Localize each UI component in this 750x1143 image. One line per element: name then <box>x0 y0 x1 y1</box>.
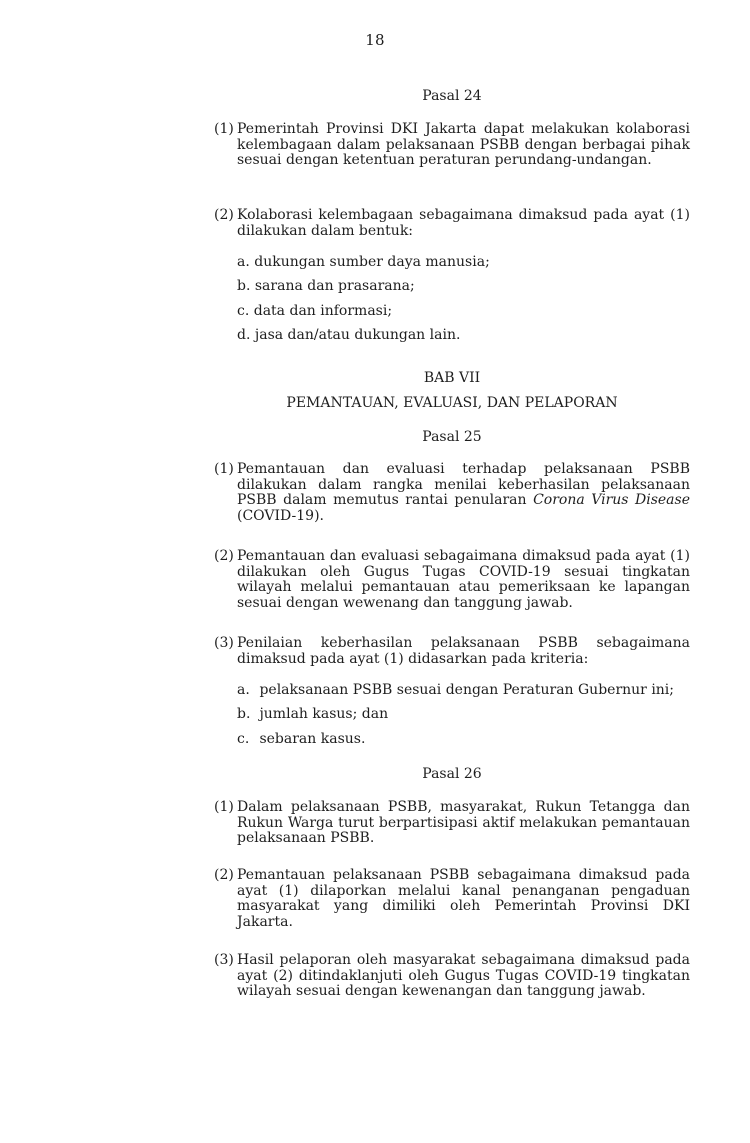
item-text: data dan informasi; <box>254 303 392 319</box>
pasal-24-item-b: b. sarana dan prasarana; <box>237 278 692 294</box>
ayat-number: (2) <box>214 549 234 565</box>
item-letter: b. <box>237 278 250 294</box>
page-number: 18 <box>0 31 750 49</box>
pasal-24-item-c: c. data dan informasi; <box>237 303 692 319</box>
ayat-number: (1) <box>214 462 234 478</box>
ayat-text: Pemantauan dan evaluasi sebagaimana dima… <box>237 549 690 611</box>
pasal-26-ayat-3: (3) Hasil pelaporan oleh masyarakat seba… <box>214 953 690 1000</box>
ayat-text: Pemerintah Provinsi DKI Jakarta dapat me… <box>237 122 690 169</box>
pasal-24-title: Pasal 24 <box>214 87 690 105</box>
pasal-24-ayat-1: (1) Pemerintah Provinsi DKI Jakarta dapa… <box>214 122 690 169</box>
ayat-number: (1) <box>214 800 234 816</box>
pasal-26-title: Pasal 26 <box>214 765 690 783</box>
pasal-25-item-c: c. sebaran kasus. <box>237 731 692 747</box>
pasal-24-item-d: d. jasa dan/atau dukungan lain. <box>237 327 692 343</box>
item-letter: c. <box>237 303 249 319</box>
pasal-25-item-b: b. jumlah kasus; dan <box>237 706 692 722</box>
bab-title: PEMANTAUAN, EVALUASI, DAN PELAPORAN <box>214 394 690 412</box>
ayat-number: (2) <box>214 868 234 884</box>
ayat-text: Kolaborasi kelembagaan sebagaimana dimak… <box>237 208 690 239</box>
pasal-26-ayat-1: (1) Dalam pelaksanaan PSBB, masyarakat, … <box>214 800 690 847</box>
pasal-25-ayat-1: (1) Pemantauan dan evaluasi terhadap pel… <box>214 462 690 524</box>
item-text: sebaran kasus. <box>259 731 365 747</box>
ayat-number: (3) <box>214 636 234 652</box>
pasal-25-title: Pasal 25 <box>214 428 690 446</box>
item-text: jumlah kasus; dan <box>259 706 388 722</box>
ayat-text: Hasil pelaporan oleh masyarakat sebagaim… <box>237 953 690 1000</box>
bab-number: BAB VII <box>214 369 690 387</box>
item-text: pelaksanaan PSBB sesuai dengan Peraturan… <box>259 682 674 698</box>
disease-name: Corona Virus Disease <box>533 492 690 508</box>
ayat-text: Pemantauan pelaksanaan PSBB sebagaimana … <box>237 868 690 930</box>
ayat-number: (3) <box>214 953 234 969</box>
pasal-26-ayat-2: (2) Pemantauan pelaksanaan PSBB sebagaim… <box>214 868 690 930</box>
ayat-number: (2) <box>214 208 234 224</box>
item-letter: a. <box>237 254 250 270</box>
item-letter: d. <box>237 327 250 343</box>
ayat-text: Penilaian keberhasilan pelaksanaan PSBB … <box>237 636 690 667</box>
ayat-text: Pemantauan dan evaluasi terhadap pelaksa… <box>237 462 690 524</box>
pasal-25-ayat-2: (2) Pemantauan dan evaluasi sebagaimana … <box>214 549 690 611</box>
pasal-24-ayat-2: (2) Kolaborasi kelembagaan sebagaimana d… <box>214 208 690 239</box>
item-text: jasa dan/atau dukungan lain. <box>255 327 461 343</box>
item-letter: c. <box>237 731 255 747</box>
item-letter: b. <box>237 706 255 722</box>
ayat-number: (1) <box>214 122 234 138</box>
ayat-text: Dalam pelaksanaan PSBB, masyarakat, Ruku… <box>237 800 690 847</box>
pasal-25-ayat-3: (3) Penilaian keberhasilan pelaksanaan P… <box>214 636 690 667</box>
pasal-25-item-a: a. pelaksanaan PSBB sesuai dengan Peratu… <box>237 682 692 698</box>
item-letter: a. <box>237 682 255 698</box>
item-text: sarana dan prasarana; <box>255 278 415 294</box>
item-text: dukungan sumber daya manusia; <box>254 254 490 270</box>
pasal-24-item-a: a. dukungan sumber daya manusia; <box>237 254 692 270</box>
